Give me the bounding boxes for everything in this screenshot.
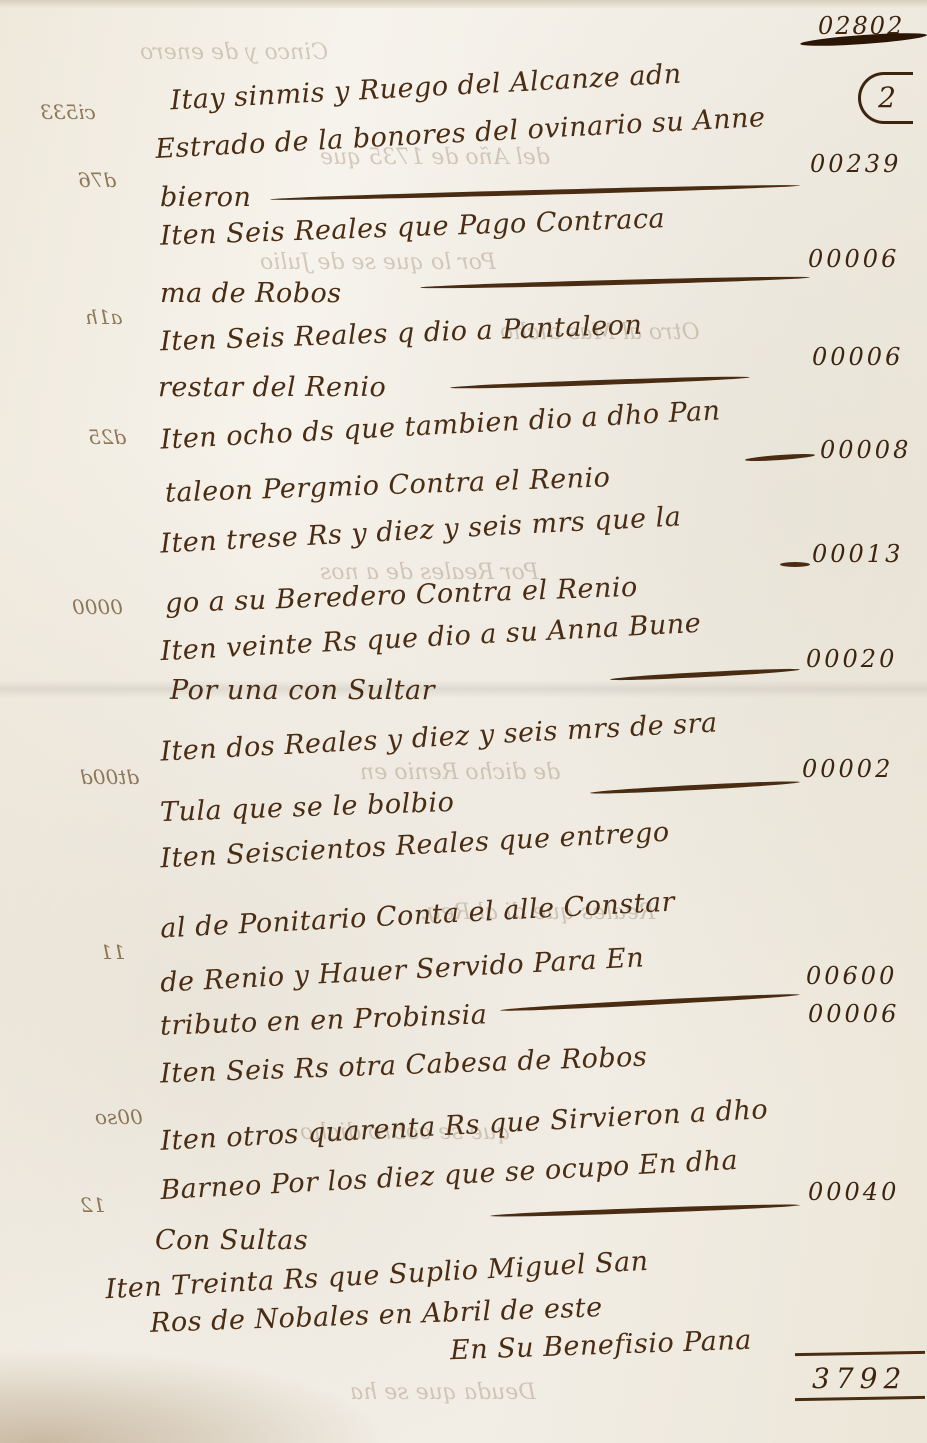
ledger-line: de Renio y Hauer Servido Para En bbox=[160, 942, 645, 998]
ledger-line: Itay sinmis y Ruego del Alcanze adn bbox=[170, 59, 683, 117]
ledger-leader-line bbox=[780, 562, 810, 567]
ledger-leader-line bbox=[450, 375, 750, 390]
entry-amount: 00002 bbox=[802, 755, 893, 783]
bleed-through-text: Por lo que se de Julio bbox=[260, 250, 496, 275]
ledger-line: al de Ponitario Conta el alle Constar bbox=[160, 887, 676, 945]
entry-amount: 00239 bbox=[810, 150, 901, 178]
paper-fold bbox=[0, 680, 927, 698]
folio-number: 2 bbox=[858, 72, 913, 124]
ledger-line: Iten veinte Rs que dio a su Anna Bune bbox=[160, 608, 702, 667]
page-top-edge bbox=[0, 0, 927, 8]
ledger-line: tributo en en Probinsia bbox=[160, 999, 488, 1041]
margin-note: d25 bbox=[88, 425, 126, 449]
ledger-line: Barneo Por los diez que se ocupo En dha bbox=[160, 1145, 739, 1206]
ledger-line: Tula que se le bolbio bbox=[160, 787, 455, 828]
margin-note: 0000 bbox=[72, 595, 123, 619]
margin-note: ci533 bbox=[40, 100, 96, 124]
entry-amount: 00020 bbox=[806, 645, 897, 673]
entry-amount: 00006 bbox=[812, 343, 903, 371]
entry-amount: 00013 bbox=[812, 540, 903, 568]
entry-amount: 00006 bbox=[808, 245, 899, 273]
margin-note: a1h bbox=[85, 305, 123, 329]
ledger-line: Iten Seis Reales q dio a Pantaleon bbox=[160, 310, 643, 358]
entry-amount: 00008 bbox=[820, 436, 911, 464]
entry-amount: 00600 bbox=[806, 962, 897, 990]
ledger-line: ma de Robos bbox=[160, 278, 342, 309]
ledger-line: Iten dos Reales y diez y seis mrs de sra bbox=[160, 707, 719, 767]
ledger-leader-line bbox=[270, 183, 800, 202]
entry-amount: 00006 bbox=[808, 1000, 899, 1028]
ledger-line: bieron bbox=[160, 182, 251, 213]
ledger-line: Con Sultas bbox=[155, 1225, 308, 1256]
ledger-line: Iten ocho ds que tambien dio a dho Pan bbox=[160, 395, 722, 455]
margin-note: d76 bbox=[78, 168, 116, 192]
ledger-line: taleon Pergmio Contra el Renio bbox=[165, 462, 611, 509]
total-rule-bottom bbox=[795, 1396, 925, 1401]
ledger-line: restar del Renio bbox=[158, 372, 386, 403]
ledger-line: En Su Benefisio Pana bbox=[450, 1325, 753, 1367]
bleed-through-text: de dicho Renio en bbox=[360, 760, 560, 785]
ledger-line: Por una con Sultar bbox=[170, 675, 435, 706]
bleed-through-text: Deuda que se ha bbox=[350, 1380, 536, 1405]
margin-note: 12 bbox=[80, 1193, 105, 1217]
entry-amount: 00040 bbox=[808, 1178, 899, 1206]
ledger-line: Iten trese Rs y diez y seis mrs que la bbox=[160, 501, 683, 559]
margin-note: dt00d bbox=[80, 765, 139, 789]
ledger-leader-line bbox=[500, 992, 800, 1013]
ledger-line: Iten Seis Rs otra Cabesa de Robos bbox=[160, 1042, 648, 1090]
total-rule-top bbox=[795, 1351, 925, 1356]
manuscript-page: Cinco y de enero del Año de 1735 que Por… bbox=[0, 0, 927, 1443]
margin-note: 00so bbox=[95, 1105, 143, 1129]
ledger-leader-line bbox=[490, 1203, 800, 1219]
margin-note: 11 bbox=[100, 940, 125, 964]
ledger-leader-line bbox=[590, 780, 800, 796]
page-total: 3792 bbox=[812, 1362, 907, 1395]
bleed-through-text: Cinco y de enero bbox=[140, 40, 328, 65]
ledger-leader-line bbox=[420, 275, 810, 290]
ledger-leader-line bbox=[745, 453, 815, 463]
